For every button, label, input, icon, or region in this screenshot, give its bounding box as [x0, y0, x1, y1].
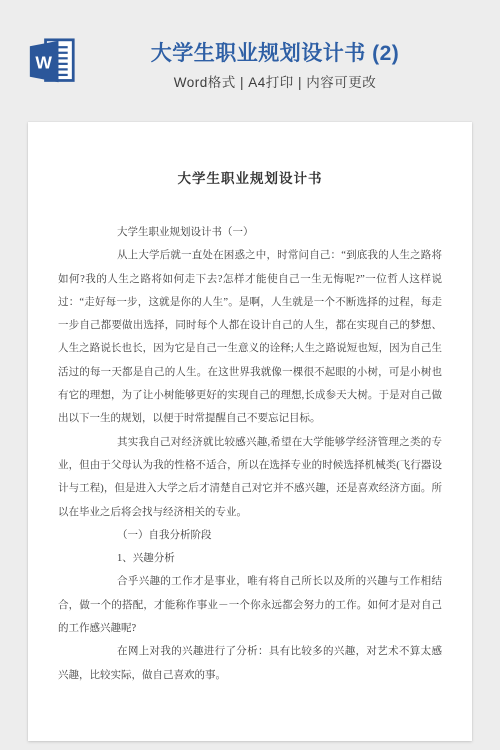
doc-paragraph: 1、兴趣分析 — [58, 547, 442, 570]
doc-title: 大学生职业规划设计书 — [58, 168, 442, 190]
header-text-block: 大学生职业规划设计书 (2) Word格式 | A4打印 | 内容可更改 — [75, 41, 475, 91]
document-page: 大学生职业规划设计书 大学生职业规划设计书（一） 从上大学后就一直处在困惑之中，… — [28, 122, 472, 741]
word-logo-letter: W — [35, 52, 52, 72]
word-icon: W — [28, 37, 76, 87]
doc-paragraph: 大学生职业规划设计书（一） — [58, 221, 442, 244]
word-logo-icon: W — [28, 37, 76, 87]
page-title: 大学生职业规划设计书 (2) — [75, 41, 475, 67]
doc-body: 大学生职业规划设计书（一） 从上大学后就一直处在困惑之中，时常问自己：“到底我的… — [58, 221, 442, 687]
document-preview-screen: W 大学生职业规划设计书 (2) Word格式 | A4打印 | 内容可更改 大… — [0, 0, 500, 750]
format-info: Word格式 | A4打印 | 内容可更改 — [75, 75, 475, 91]
doc-paragraph: 从上大学后就一直处在困惑之中，时常问自己：“到底我的人生之路将如何?我的人生之路… — [58, 244, 442, 430]
doc-paragraph: 在网上对我的兴趣进行了分析：具有比较多的兴趣，对艺术不算太感兴趣，比较实际，做自… — [58, 640, 442, 687]
doc-paragraph: 合乎兴趣的工作才是事业，唯有将自己所长以及所的兴趣与工作相结合，做一个的搭配，才… — [58, 570, 442, 640]
doc-paragraph: 其实我自己对经济就比较感兴趣,希望在大学能够学经济管理之类的专业，但由于父母认为… — [58, 431, 442, 524]
doc-paragraph: （一）自我分析阶段 — [58, 524, 442, 547]
